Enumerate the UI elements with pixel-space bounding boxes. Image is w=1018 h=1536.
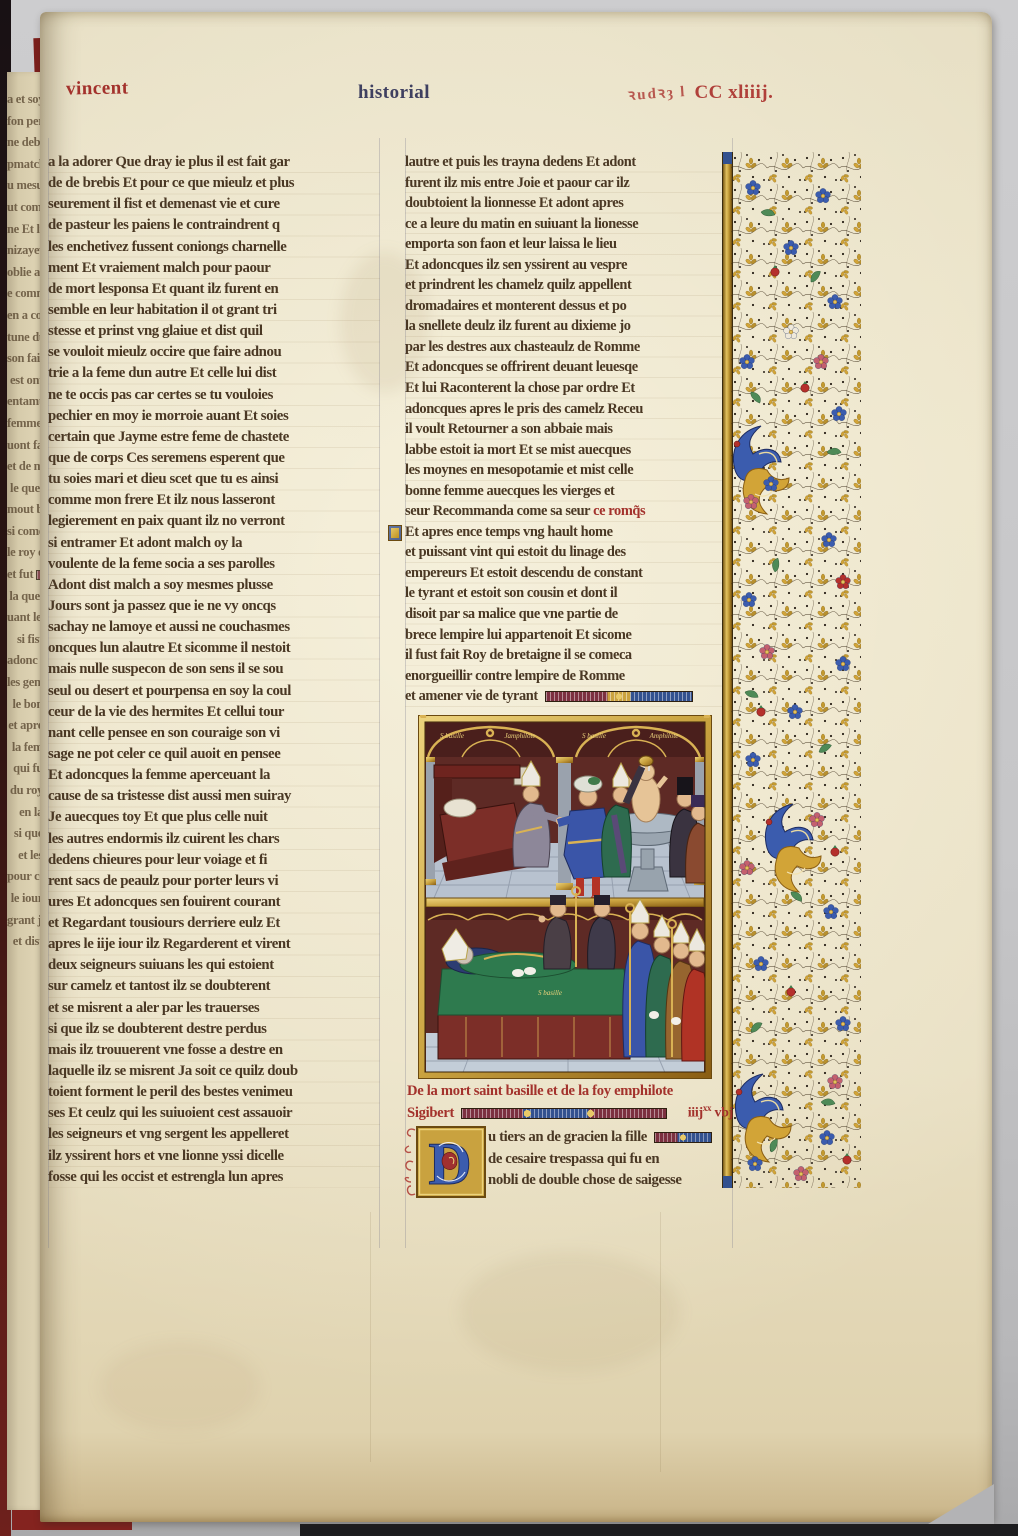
parchment-crease: [660, 1212, 661, 1472]
text-line: ce a leure du matin en suiuant la liones…: [405, 214, 733, 235]
previous-folio-text: a et soyfon perdune debudepmatchzu mesue…: [7, 92, 43, 956]
text-line: la snellete deulz ilz furent au dixieme …: [405, 316, 733, 337]
text-line: de de brebis Et pour ce que mieulz et pl…: [48, 173, 380, 194]
previous-folio-text-line: en a con: [7, 308, 43, 330]
text-line: si entramer Et adont malch oy la: [48, 533, 380, 554]
text-line: ures Et adoncques sen fouirent courant: [48, 892, 380, 913]
folio-scribble: ꝛudꝛȝ l: [627, 81, 687, 105]
previous-folio-text-line: du roy: [7, 783, 43, 805]
floral-border: [731, 152, 861, 1188]
manuscript-page: vincent historial ꝛudꝛȝ lCC xliiij. a la…: [40, 12, 992, 1522]
miniature-label: Amphilote: [649, 732, 679, 740]
text-line: enorgueillir contre lempire de Romme: [405, 666, 733, 687]
miniature-art: S basille Jamphilote S basille Amphilote: [418, 715, 712, 1079]
previous-folio-text-line: a et soy: [7, 92, 43, 114]
rubric-source: Sigibert: [407, 1105, 454, 1121]
chapter-number: iiijxx vbj: [688, 1103, 733, 1122]
text-line: et Regardant tousiours derriere eulz Et: [48, 913, 380, 934]
text-line: deux seigneurs suiuans les qui estoient: [48, 955, 380, 976]
text-line: pechier en moy ie morroie auant Et soies: [48, 406, 380, 427]
text-line: mais nulle suspecon de son sens il se so…: [48, 659, 380, 680]
previous-folio-text-line: ut come d: [7, 200, 43, 222]
text-line: par les destres aux chasteaulz de Romme: [405, 337, 733, 358]
text-line: Et apres ence temps vng hault home: [405, 522, 733, 543]
text-line: sachay ne lamoye et aussi ne couchasmes: [48, 617, 380, 638]
text-line: a la adorer Que dray ie plus il est fait…: [48, 152, 380, 173]
text-line: ses Et ceulz qui les suiuoient cest assa…: [48, 1103, 380, 1124]
text-line: et prindrent les chamelz quilz appellent: [405, 275, 733, 296]
text-line: trie a la feme dun autre Et celle lui di…: [48, 363, 380, 384]
text-line: Jours sont ja passez que ie ne vy oncqs: [48, 596, 380, 617]
text-line: certain que Jayme estre feme de chastete: [48, 427, 380, 448]
text-line: u tiers an de gracien la fille: [488, 1127, 738, 1149]
previous-folio-text-line: la fem: [7, 740, 43, 762]
text-line: que de corps Ces seremens esperent que: [48, 448, 380, 469]
text-line: seur Recommanda come sa seur ce romq̃s: [405, 501, 733, 522]
text-line: dedens chieures pour leur voiage et fi: [48, 850, 380, 871]
text-line: nant celle pensee en son couraige son vi: [48, 723, 380, 744]
miniature-label: Jamphilote: [504, 732, 535, 740]
text-line: sur camelz et tantost ilz se doubterent: [48, 976, 380, 997]
miniature-label: S basille: [440, 732, 464, 740]
text-line: emporta son faon et leur laissa le lieu: [405, 234, 733, 255]
rubric-line: Sigibert iiijxx vbj: [407, 1105, 737, 1122]
previous-folio-text-line: ne Et lui: [7, 222, 43, 244]
text-line: apres le iije iour ilz Regarderent et vi…: [48, 934, 380, 955]
parchment-stain: [460, 1252, 680, 1372]
previous-folio-text-line: le bon: [7, 697, 43, 719]
text-line: et amener vie de tyrant: [405, 686, 733, 707]
text-line: adoncques apres le pris des camelz Receu: [405, 399, 733, 420]
text-line: si que ilz se doubterent destre perdus: [48, 1019, 380, 1040]
previous-folio-text-line: et dist: [7, 934, 43, 956]
text-line: Et adoncques ilz sen yssirent au vespre: [405, 255, 733, 276]
rubric-text: De la mort saint basille et de la foy em…: [407, 1083, 673, 1099]
text-line: les autres endormis ilz cuirent les char…: [48, 829, 380, 850]
text-line: semble en leur habitation il ot grant tr…: [48, 300, 380, 321]
previous-folio-text-line: si come: [7, 524, 43, 546]
text-line: furent ilz mis entre Joie et paour car i…: [405, 173, 733, 194]
text-line: bonne femme auecques les vierges et: [405, 481, 733, 502]
text-line: Et lui Raconterent la chose par ordre Et: [405, 378, 733, 399]
photographed-manuscript: a et soyfon perdune debudepmatchzu mesue…: [0, 0, 1018, 1536]
previous-folio-text-line: u mesues: [7, 178, 43, 200]
text-line: Adont dist malch a soy mesmes plusse: [48, 575, 380, 596]
text-line: seul ou desert et pourpensa en soy la co…: [48, 681, 380, 702]
previous-folio-text-line: est ont: [7, 373, 43, 395]
text-line: oncques lun alautre Et sicomme il nestoi…: [48, 638, 380, 659]
parchment-stain: [100, 1342, 260, 1432]
text-line: disoit par sa malice que vne partie de: [405, 604, 733, 625]
text-line: mais ilz trouuerent vne fosse a destre e…: [48, 1040, 380, 1061]
illuminated-initial-d: D: [403, 1124, 487, 1200]
floral-border-art: [731, 152, 861, 1188]
text-line: ment Et vraiement malch pour paour: [48, 258, 380, 279]
text-line: toient forment le peril des bestes venim…: [48, 1082, 380, 1103]
previous-folio-text-line: grant jo: [7, 913, 43, 935]
text-line: brece lempire lui appartenoit Et sicome: [405, 625, 733, 646]
previous-folio-text-line: en la: [7, 805, 43, 827]
text-line: les moynes en mesopotamie et mist celle: [405, 460, 733, 481]
text-line: les seigneurs et vng sergent les appelle…: [48, 1124, 380, 1145]
previous-folio-text-line: la quel: [7, 589, 43, 611]
text-line: legierement en paix quant ilz no verront: [48, 511, 380, 532]
text-line: comme mon frere Et ilz nous lasseront: [48, 490, 380, 511]
previous-folio-text-line: et fut: [7, 567, 43, 589]
previous-folio-text-line: adonc q: [7, 653, 43, 675]
line-filler: [654, 1132, 712, 1143]
text-line: rent sacs de peaulz pour porter leurs vi: [48, 871, 380, 892]
miniature-label: S basille: [538, 989, 562, 997]
text-line: nobli de double chose de saigesse: [488, 1170, 738, 1192]
text-line: il fust fait Roy de bretaigne il se come…: [405, 645, 733, 666]
previous-folio-text-line: et les: [7, 848, 43, 870]
previous-folio-text-line: le roy d: [7, 545, 43, 567]
previous-folio-text-line: qui fu: [7, 761, 43, 783]
previous-folio-text-line: nizayeve: [7, 243, 43, 265]
text-line: seurement il fist et demenast vie et cur…: [48, 194, 380, 215]
text-line: voulente de la feme socia a ses parolles: [48, 554, 380, 575]
text-line: le tyrant et estoit son cousin et dont i…: [405, 583, 733, 604]
line-filler: [461, 1108, 667, 1119]
text-line: lautre et puis les trayna dedens Et adon…: [405, 152, 733, 173]
text-line: labbe estoit ia mort Et se mist auecques: [405, 440, 733, 461]
text-line: se vouloit mieulz occire que faire adnou: [48, 342, 380, 363]
previous-folio-text-line: le iour: [7, 891, 43, 913]
page-corner-cut: [928, 1484, 994, 1524]
previous-folio-text-line: e commett: [7, 286, 43, 308]
previous-folio-text-line: fon perdu: [7, 114, 43, 136]
folio-value: CC xliiij.: [694, 82, 773, 103]
previous-folio-text-line: et apre: [7, 718, 43, 740]
previous-folio-text-line: les gens: [7, 675, 43, 697]
text-line: de pasteur les paiens le contraindrent q: [48, 215, 380, 236]
miniature: S basille Jamphilote S basille Amphilote: [418, 715, 712, 1079]
previous-folio-text-line: et de m: [7, 459, 43, 481]
previous-folio-text-line: femme d: [7, 416, 43, 438]
previous-folio-text-line: pour ce: [7, 869, 43, 891]
text-line: Et adoncques la femme aperceuant la: [48, 765, 380, 786]
text-line: et puissant vint qui estoit du linage de…: [405, 542, 733, 563]
previous-folio-text-line: son fait: [7, 351, 43, 373]
text-column-right: lautre et puis les trayna dedens Et adon…: [405, 152, 733, 707]
text-line: cause de sa tristesse dist aussi men sui…: [48, 786, 380, 807]
text-line: et se misrent a aler par les trauerses: [48, 998, 380, 1019]
text-line: Je auecques toy Et que plus celle nuit: [48, 807, 380, 828]
text-line: ceur de la vie des hermites Et cellui to…: [48, 702, 380, 723]
text-line: tu soies mari et dieu scet que tu es ain…: [48, 469, 380, 490]
previous-folio-text-line: oblie a d: [7, 265, 43, 287]
text-line: de mort lesponsa Et quant ilz furent en: [48, 279, 380, 300]
text-line: laquelle ilz se misrent Ja soit ce quilz…: [48, 1061, 380, 1082]
text-line: Et adoncques se offrirent deuant leuesqe: [405, 357, 733, 378]
rubric-line: De la mort saint basille et de la foy em…: [407, 1083, 737, 1100]
text-line: stesse et prinst vng glaiue et dist quil: [48, 321, 380, 342]
text-line: doubtoient la lionnesse Et adont apres: [405, 193, 733, 214]
running-header-title: historial: [358, 82, 430, 104]
text-line: de cesaire trespassa qui fu en: [488, 1149, 738, 1171]
previous-folio-text-line: uant le: [7, 610, 43, 632]
text-line: dromadaires et monterent dessus et po: [405, 296, 733, 317]
previous-folio-text-line: si fist: [7, 632, 43, 654]
text-after-initial: u tiers an de gracien la fillede cesaire…: [488, 1127, 738, 1192]
previous-folio-text-line: tune dur: [7, 330, 43, 352]
previous-folio-text-line: mout bie: [7, 502, 43, 524]
miniature-label: S basille: [582, 732, 606, 740]
folio-number: ꝛudꝛȝ lCC xliiij.: [628, 82, 773, 104]
previous-folio-text-line: uont fait: [7, 438, 43, 460]
previous-folio-text-line: si que: [7, 826, 43, 848]
text-line: ilz yssirent hors et vne lionne yssi dic…: [48, 1146, 380, 1167]
text-line: les enchetivez fussent coniongs charnell…: [48, 237, 380, 258]
text-column-left: a la adorer Que dray ie plus il est fait…: [48, 152, 380, 1188]
parchment-crease: [370, 1212, 371, 1462]
text-line: fosse qui les occist et estrengla lun ap…: [48, 1167, 380, 1188]
text-line: il voult Retourner a son abbaie mais: [405, 419, 733, 440]
previous-folio-text-line: entamt d: [7, 394, 43, 416]
table-shadow-strip: [300, 1524, 1018, 1536]
previous-folio-text-line: pmatchz: [7, 157, 43, 179]
text-line: empereurs Et estoit descendu de constant: [405, 563, 733, 584]
text-line: ne te occis pas car certes se tu vouloie…: [48, 385, 380, 406]
text-line: sage ne pot celer ce quil auoit en pense…: [48, 744, 380, 765]
running-header-author: vincent: [66, 77, 129, 100]
previous-folio-text-line: ne debude: [7, 135, 43, 157]
line-filler: [545, 691, 693, 702]
previous-folio-text-line: le quel: [7, 481, 43, 503]
